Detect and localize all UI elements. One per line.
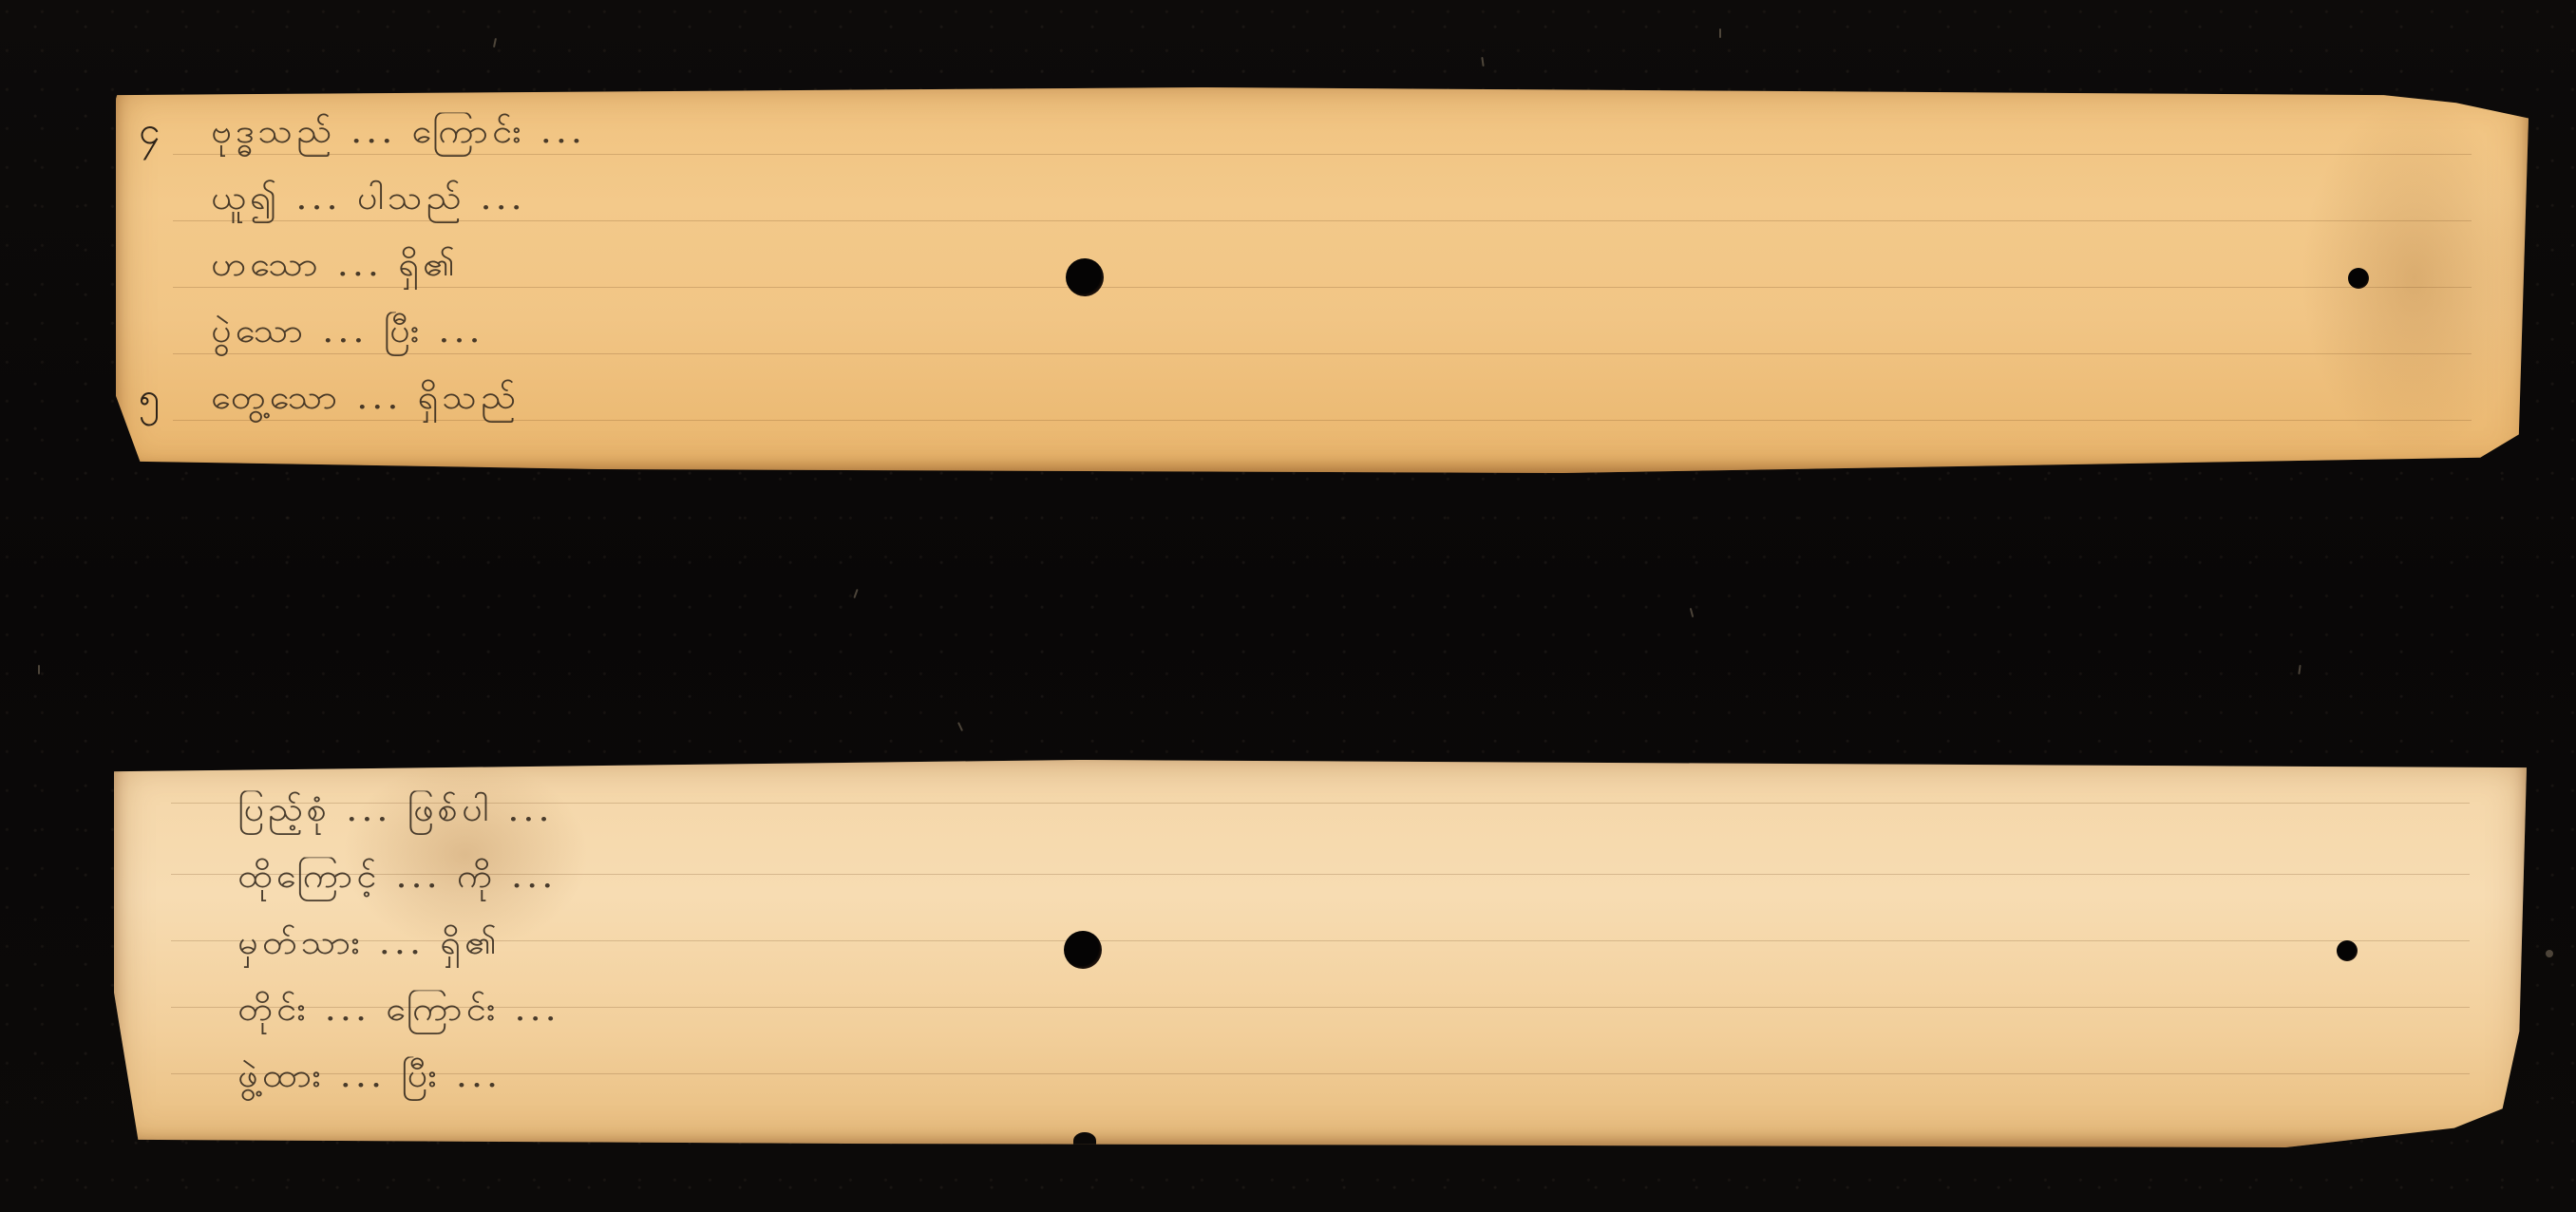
script-line: ဟသော ... ရှိ၏ — [211, 241, 2462, 294]
lint-speck — [2298, 665, 2301, 674]
lint-speck — [853, 589, 858, 598]
margin-numeral: ၄ — [139, 106, 161, 162]
lint-speck — [493, 38, 497, 47]
binding-hole — [2348, 268, 2369, 289]
lint-speck — [2546, 950, 2553, 957]
palm-leaf-top: ၄ ၅ ဗုဒ္ဓသည် ... ကြောင်း ... ယူ၍ ... ပါသ… — [116, 87, 2529, 473]
script-line: ဗုဒ္ဓသည် ... ကြောင်း ... — [211, 108, 2462, 161]
script-line: ပွဲသော ... ပြီး ... — [211, 308, 2462, 361]
binding-hole — [1064, 931, 1102, 969]
palm-leaf-bottom: ပြည့်စုံ ... ဖြစ်ပါ ... ထိုကြောင့် ... က… — [114, 760, 2527, 1147]
lint-speck — [1481, 57, 1484, 66]
binding-hole — [2337, 940, 2358, 961]
script-line: မှတ်သား ... ရှိ၏ — [237, 919, 2460, 973]
script-line: ထိုကြောင့် ... ကို ... — [237, 853, 2460, 906]
lint-speck — [1690, 608, 1695, 617]
script-line: တိုင်း ... ကြောင်း ... — [237, 986, 2460, 1039]
lint-speck — [38, 665, 40, 674]
binding-hole — [1066, 258, 1104, 296]
script-line: တွေ့သော ... ရှိသည် — [211, 374, 2462, 427]
edge-notch — [1073, 1132, 1096, 1149]
script-line: ပြည့်စုံ ... ဖြစ်ပါ ... — [237, 786, 2460, 840]
script-line: ယူ၍ ... ပါသည် ... — [211, 175, 2462, 228]
lint-speck — [957, 722, 963, 731]
script-line: ဖွဲ့ထား ... ပြီး ... — [237, 1052, 2460, 1106]
lint-speck — [1719, 28, 1721, 38]
margin-numeral: ၅ — [139, 372, 161, 428]
